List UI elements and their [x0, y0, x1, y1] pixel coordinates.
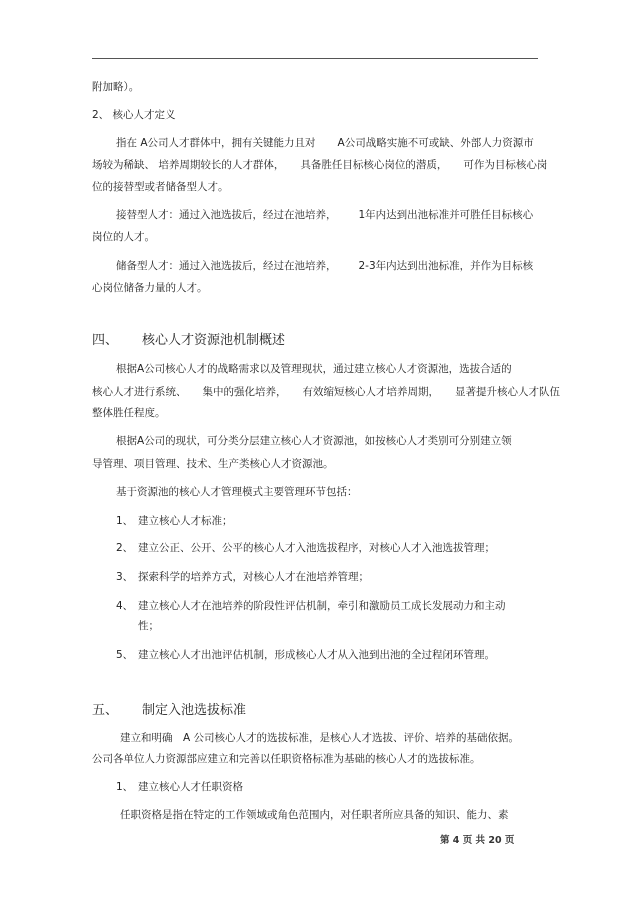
- s4-p2-line1: 根据A公司的现状，可分类分层建立核心人才资源池，如按核心人才类别可分别建立领: [116, 434, 512, 448]
- section4-heading: 四、核心人才资源池机制概述: [92, 333, 285, 349]
- header-rule: [92, 58, 538, 59]
- list-item: 3、探索科学的培养方式，对核心人才在池培养管理；: [116, 570, 369, 584]
- list-item-continuation: 性；: [138, 619, 159, 633]
- reserve-line1: 储备型人才：通过入池选拔后，经过在池培养，2-3年内达到出池标准，并作为目标核: [116, 259, 533, 273]
- section2-title: 2、 核心人才定义: [92, 108, 176, 122]
- s4-p2-line2: 导管理、项目管理、技术、生产类核心人才资源池。: [92, 457, 334, 471]
- definition-line1: 指在 A公司人才群体中，拥有关键能力且对A公司战略实施不可或缺、外部人力资源市: [116, 136, 534, 150]
- list-item: 4、建立核心人才在池培养的阶段性评估机制，牵引和激励员工成长发展动力和主动: [116, 599, 506, 613]
- s4-p1-line1: 根据A公司核心人才的战略需求以及管理现状，通过建立核心人才资源池，选拔合适的: [116, 362, 512, 376]
- s4-p3: 基于资源池的核心人才管理模式主要管理环节包括：: [116, 485, 358, 499]
- page-number-footer: 第 4 页 共 20 页: [440, 832, 514, 846]
- s5-subsection1-title: 1、建立核心人才任职资格: [116, 780, 243, 794]
- s4-p1-line2: 核心人才进行系统、集中的强化培养，有效缩短核心人才培养周期，显著提升核心人才队伍: [92, 385, 560, 399]
- list-item: 2、建立公正、公开、公平的核心人才入池选拔程序，对核心人才入池选拔管理；: [116, 541, 495, 555]
- continuation-text: 附加略）。: [92, 80, 139, 94]
- reserve-line2: 心岗位储备力量的人才。: [92, 281, 208, 295]
- definition-line2: 场较为稀缺、 培养周期较长的人才群体，具备胜任目标核心岗位的潜质，可作为目标核心…: [92, 158, 547, 172]
- section5-heading: 五、制定入池选拔标准: [92, 703, 246, 719]
- s5-p1-line2: 公司各单位人力资源部应建立和完善以任职资格标准为基础的核心人才的选拔标准。: [92, 752, 481, 766]
- s4-p1-line3: 整体胜任程度。: [92, 406, 166, 420]
- successor-line1: 接替型人才：通过入池选拔后，经过在池培养，1年内达到出池标准并可胜任目标核心: [116, 208, 533, 222]
- list-item: 1、建立核心人才标准；: [116, 514, 233, 528]
- s5-p1-line1: 建立和明确 A 公司核心人才的选拔标准，是核心人才选拔、评价、培养的基础依据。: [120, 731, 519, 745]
- list-item: 5、建立核心人才出池评估机制，形成核心人才从入池到出池的全过程闭环管理。: [116, 648, 495, 662]
- s5-p2-line1: 任职资格是指在特定的工作领域或角色范围内，对任职者所应具备的知识、能力、素: [120, 808, 509, 822]
- successor-line2: 岗位的人才。: [92, 230, 155, 244]
- definition-line3: 位的接替型或者储备型人才。: [92, 180, 229, 194]
